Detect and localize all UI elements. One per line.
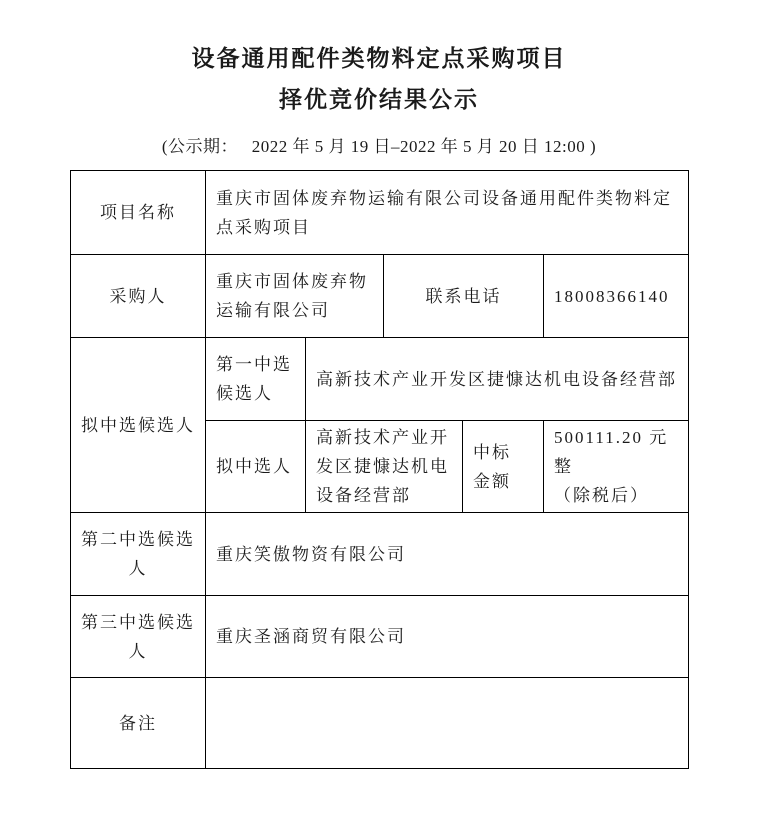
row-remarks: 备注	[71, 678, 689, 769]
award-amount-label: 中标 金额	[463, 421, 544, 513]
row-third-candidate: 第三中选候选人 重庆圣涵商贸有限公司	[71, 596, 689, 678]
publicity-period: (公示期： 2022 年 5 月 19 日–2022 年 5 月 20 日 12…	[70, 132, 688, 157]
award-amount-value: 500111.20 元整 （除税后）	[544, 421, 689, 513]
row-purchaser: 采购人 重庆市固体废弃物 运输有限公司 联系电话 18008366140	[71, 255, 689, 338]
contact-phone-label: 联系电话	[384, 255, 544, 338]
second-candidate-label: 第二中选候选人	[71, 513, 206, 596]
purchaser-value: 重庆市固体废弃物 运输有限公司	[206, 255, 384, 338]
row-first-candidate: 拟中选候选人 第一中选 候选人 高新技术产业开发区捷慷达机电设备经营部	[71, 338, 689, 421]
first-candidate-label: 第一中选 候选人	[206, 338, 306, 421]
document-title-line1: 设备通用配件类物料定点采购项目	[70, 44, 688, 74]
remarks-value	[206, 678, 689, 769]
project-name-value: 重庆市固体废弃物运输有限公司设备通用配件类物料定 点采购项目	[206, 171, 689, 255]
proposed-winner-value: 高新技术产业开 发区捷慷达机电 设备经营部	[306, 421, 463, 513]
notice-document: 设备通用配件类物料定点采购项目 择优竞价结果公示 (公示期： 2022 年 5 …	[70, 44, 688, 769]
purchaser-label: 采购人	[71, 255, 206, 338]
project-name-label: 项目名称	[71, 171, 206, 255]
document-title-line2: 择优竞价结果公示	[70, 85, 688, 115]
second-candidate-value: 重庆笑傲物资有限公司	[206, 513, 689, 596]
proposed-winner-label: 拟中选人	[206, 421, 306, 513]
first-candidate-value: 高新技术产业开发区捷慷达机电设备经营部	[306, 338, 689, 421]
proposed-candidates-label: 拟中选候选人	[71, 338, 206, 513]
third-candidate-value: 重庆圣涵商贸有限公司	[206, 596, 689, 678]
result-table: 项目名称 重庆市固体废弃物运输有限公司设备通用配件类物料定 点采购项目 采购人 …	[70, 170, 689, 769]
remarks-label: 备注	[71, 678, 206, 769]
row-project-name: 项目名称 重庆市固体废弃物运输有限公司设备通用配件类物料定 点采购项目	[71, 171, 689, 255]
row-second-candidate: 第二中选候选人 重庆笑傲物资有限公司	[71, 513, 689, 596]
third-candidate-label: 第三中选候选人	[71, 596, 206, 678]
contact-phone-value: 18008366140	[544, 255, 689, 338]
